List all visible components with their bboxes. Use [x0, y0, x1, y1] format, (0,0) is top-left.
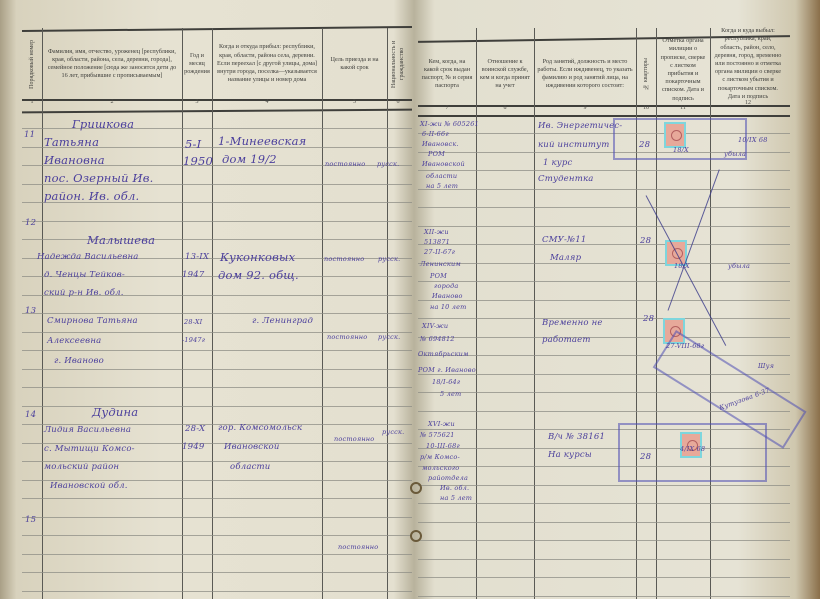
- ruled-line: [418, 300, 790, 301]
- ruled-line: [418, 337, 790, 338]
- entry-departure: убыла: [728, 262, 750, 270]
- entry-surname: Малышева: [87, 233, 155, 247]
- ruled-line: [418, 540, 790, 541]
- col-header-9: Род занятий, должность и место работы. Е…: [534, 40, 636, 108]
- entry-occupation: Маляр: [550, 253, 581, 263]
- binding-ring: [410, 530, 422, 542]
- entry-nationality: русск.: [377, 160, 399, 168]
- entry-number: 12: [25, 218, 36, 228]
- entry-passport: райотдела: [428, 474, 468, 482]
- entry-nationality: русск.: [378, 255, 400, 263]
- ruled-line: [418, 281, 790, 282]
- entry-occupation: На курсы: [548, 450, 592, 460]
- entry-birth-month: 5-I: [185, 137, 201, 151]
- entry-passport: Ивановск.: [422, 140, 459, 148]
- entry-departure: убыла: [724, 150, 746, 158]
- entry-occupation: СМУ-№11: [542, 235, 586, 245]
- ruled-line: [22, 554, 412, 555]
- entry-passport: р/м Комсо-: [420, 453, 460, 461]
- col-number: 6: [387, 99, 409, 105]
- entry-surname: Дудина: [92, 405, 138, 419]
- ruled-line: [418, 522, 790, 523]
- entry-purpose: постоянно: [327, 333, 367, 341]
- col-number: 2: [42, 99, 182, 105]
- entry-police-mark: 18/X: [673, 146, 689, 154]
- entry-name-line: пос. Озерный Ив.: [44, 171, 154, 185]
- col-number: 4: [212, 99, 322, 105]
- entry-occupation: 1 курс: [543, 158, 573, 168]
- entry-passport: города: [434, 282, 458, 290]
- entry-passport: РОМ: [428, 150, 445, 158]
- entry-passport: на 10 лет: [430, 303, 467, 311]
- entry-passport: № 575621: [420, 431, 455, 439]
- ruled-line: [22, 387, 412, 388]
- entry-passport: Ленинским: [420, 260, 461, 268]
- entry-passport: на 5 лет: [426, 182, 458, 190]
- tax-stamp: [664, 122, 686, 148]
- col-header-3: Год и месяц рождения: [182, 30, 212, 98]
- entry-police-mark: 4/IX 68: [680, 445, 705, 453]
- entry-passport: 6-II-66г: [422, 130, 449, 138]
- entry-arrived-from: дом 92. общ.: [218, 268, 299, 282]
- col-header-8: Отношение к воинской службе, кем и когда…: [476, 40, 534, 108]
- entry-arrived-from: г. Ленинград: [252, 316, 313, 326]
- ruled-line: [418, 485, 790, 486]
- ruled-line: [418, 244, 790, 245]
- entry-passport: Ивановской: [422, 160, 465, 168]
- entry-arrived-from: Куконковых: [220, 250, 295, 264]
- entry-arrived-from: 1-Минеевская: [218, 134, 306, 148]
- entry-birth-year: -1947г: [182, 336, 205, 344]
- entry-name-line: с. Мытищи Комсо-: [44, 444, 135, 454]
- entry-passport: Октябрьским: [418, 350, 469, 358]
- col-header-2: Фамилия, имя, отчество, уроженец [респуб…: [42, 30, 182, 98]
- ruled-line: [22, 572, 412, 573]
- ruled-line: [418, 189, 790, 190]
- entry-purpose: постоянно: [324, 255, 364, 263]
- ruled-line: [418, 596, 790, 597]
- ruled-line: [418, 577, 790, 578]
- entry-nationality: русск.: [382, 428, 404, 436]
- ruled-line: [22, 535, 412, 536]
- entry-departure: Шуя: [758, 362, 774, 370]
- entry-passport: 18/I-64г: [432, 378, 460, 386]
- col-number: 5: [322, 99, 387, 105]
- entry-passport: мольского: [422, 464, 459, 472]
- ruled-line: [418, 170, 790, 171]
- left-page: Порядковый номер Фамилия, имя, отчество,…: [22, 0, 412, 599]
- col-number: 7: [418, 105, 476, 111]
- binding-ring: [410, 482, 422, 494]
- strike-through-line: [646, 195, 727, 346]
- column-number-rule: [418, 115, 790, 117]
- col-number: 12: [710, 100, 786, 106]
- entry-birth-month: 28-XI: [184, 318, 202, 326]
- entry-occupation: кий институт: [538, 140, 610, 150]
- entry-passport: XI-жи № 605261: [420, 120, 479, 128]
- entry-police-mark: 27-VIII-68г: [666, 342, 704, 350]
- entry-passport: Ив. обл.: [440, 484, 469, 492]
- entry-apartment: 28: [643, 314, 654, 324]
- ruled-line: [22, 313, 412, 314]
- ruled-line: [418, 559, 790, 560]
- entry-occupation: В/ч № 38161: [548, 432, 605, 442]
- col-header-4: Когда и откуда прибыл: республики, края,…: [212, 30, 322, 98]
- col-number: 9: [534, 105, 636, 111]
- entry-purpose: постоянно: [325, 160, 365, 168]
- entry-passport: области: [426, 172, 457, 180]
- entry-birth-year: 1949: [182, 442, 204, 452]
- entry-name-line: г. Иваново: [54, 356, 104, 366]
- entry-name-line: Татьяна: [44, 135, 99, 149]
- entry-occupation: Ив. Энергетичес-: [538, 121, 622, 131]
- col-header-10: № квартиры: [636, 40, 656, 108]
- entry-name-line: Лидия Васильевна: [44, 425, 131, 435]
- entry-nationality: русск.: [378, 333, 400, 341]
- entry-passport: 10-III-68г: [426, 442, 460, 450]
- entry-passport: РОМ: [430, 272, 447, 280]
- ruled-line: [418, 207, 790, 208]
- col-number: 8: [476, 105, 534, 111]
- ruled-line: [22, 591, 412, 592]
- entry-birth-year: 1950: [183, 154, 213, 168]
- entry-birth-month: 28-X: [185, 424, 205, 434]
- open-house-register-book: Порядковый номер Фамилия, имя, отчество,…: [0, 0, 820, 599]
- right-page: Кем, когда, на какой срок выдан паспорт,…: [418, 0, 790, 599]
- entry-police-mark: 18/X: [674, 262, 690, 270]
- entry-passport: на 5 лет: [440, 494, 472, 502]
- entry-occupation: работает: [542, 335, 591, 345]
- entry-surname: Смирнова Татьяна: [47, 316, 138, 326]
- ruled-line: [418, 226, 790, 227]
- entry-passport: № 694812: [420, 335, 455, 343]
- entry-passport: 27-II-67г: [424, 248, 455, 256]
- ruled-line: [418, 318, 790, 319]
- ruled-line: [22, 498, 412, 499]
- entry-number: 15: [25, 515, 36, 525]
- entry-number: 11: [24, 130, 35, 140]
- entry-passport: Иваново: [432, 292, 463, 300]
- col-number: 10: [636, 105, 656, 111]
- col-number: 1: [22, 99, 42, 105]
- ruled-line: [22, 406, 412, 407]
- entry-apartment: 28: [639, 140, 650, 150]
- entry-name-line: Ивановна: [44, 153, 105, 167]
- entry-passport: 513871: [424, 238, 450, 246]
- entry-birth-year: 1947: [182, 270, 204, 280]
- col-header-12: Когда и куда выбыл: республика, край, об…: [710, 30, 786, 98]
- column-number-rule: [22, 109, 412, 113]
- entry-passport: 5 лет: [440, 390, 461, 398]
- col-header-5: Цель приезда и на какой срок: [322, 30, 387, 98]
- ruled-line: [22, 239, 412, 240]
- entry-surname: Гришкова: [72, 117, 134, 131]
- entry-arrived-from: дом 19/2: [222, 152, 277, 166]
- col-number: 11: [656, 105, 710, 111]
- ruled-line: [22, 221, 412, 222]
- entry-name-line: ский р-н Ив. обл.: [44, 288, 124, 298]
- entry-purpose: постоянно: [334, 435, 374, 443]
- entry-name-line: д. Ченцы Тейков-: [44, 270, 125, 280]
- col-header-7: Кем, когда, на какой срок выдан паспорт,…: [418, 40, 476, 108]
- col-header-6: Национальность и гражданство: [387, 30, 409, 98]
- ruled-line: [418, 503, 790, 504]
- entry-number: 13: [25, 306, 36, 316]
- ruled-line: [22, 517, 412, 518]
- entry-birth-month: 13-IX: [185, 252, 209, 262]
- col-header-1: Порядковый номер: [22, 30, 42, 98]
- entry-purpose: постоянно: [338, 543, 378, 551]
- ruled-line: [22, 350, 412, 351]
- entry-passport: XVI-жи: [428, 420, 455, 428]
- entry-arrived-from: Ивановской: [224, 442, 280, 452]
- entry-passport: XII-жи: [424, 228, 449, 236]
- entry-apartment: 28: [640, 236, 651, 246]
- entry-departure: 10/IX 68: [738, 136, 768, 144]
- entry-passport: XIV-жи: [422, 322, 448, 330]
- entry-name-line: район. Ив. обл.: [44, 189, 139, 203]
- entry-name-line: Надежда Васильевна: [37, 252, 139, 262]
- entry-apartment: 28: [640, 452, 651, 462]
- entry-name-line: Алексеевна: [47, 336, 101, 346]
- entry-number: 14: [25, 410, 36, 420]
- col-header-11: Отметка органа милиции о прописке, сверк…: [656, 36, 710, 104]
- entry-occupation: Временно не: [542, 318, 603, 328]
- ruled-line: [418, 355, 790, 356]
- entry-occupation: Студентка: [538, 174, 594, 184]
- entry-arrived-from: гор. Комсомольск: [218, 423, 302, 433]
- entry-name-line: Ивановской обл.: [50, 481, 128, 491]
- entry-arrived-from: области: [230, 462, 270, 472]
- col-number: 3: [182, 99, 212, 105]
- ruled-line: [22, 369, 412, 370]
- entry-name-line: мольский район: [44, 462, 119, 472]
- entry-passport: РОМ г. Иваново: [418, 366, 476, 374]
